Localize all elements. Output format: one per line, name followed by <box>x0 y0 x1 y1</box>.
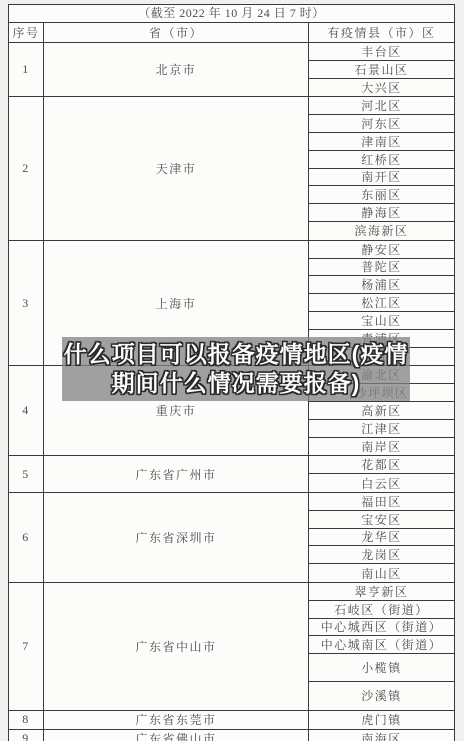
row-index: 9 <box>9 730 44 741</box>
province-name: 重庆市 <box>44 366 309 455</box>
province-name: 天津市 <box>44 97 309 239</box>
district-cell: 河东区 <box>309 115 454 133</box>
row-index: 1 <box>9 43 44 96</box>
page: （截至 2022 年 10 月 24 日 7 时） 序号 省（市） 有疫情县（市… <box>0 0 464 741</box>
district-list: 河北区河东区津南区红桥区南开区东丽区静海区滨海新区 <box>309 97 454 239</box>
province-name: 广东省中山市 <box>44 583 309 710</box>
district-cell: 石景山区 <box>309 61 454 79</box>
province-name: 广东省广州市 <box>44 456 309 492</box>
district-cell: 静安区 <box>309 241 454 259</box>
province-group-row: 3上海市静安区普陀区杨浦区松江区宝山区青浦区闵行区 <box>9 241 454 367</box>
district-cell: 虎门镇 <box>309 711 454 729</box>
province-name: 广东省东莞市 <box>44 711 309 729</box>
row-index: 2 <box>9 97 44 239</box>
district-cell: 石岐区（街道） <box>309 601 454 619</box>
province-group-row: 9广东省佛山市南海区 <box>9 730 454 741</box>
district-cell: 大兴区 <box>309 79 454 97</box>
district-cell: 滨海新区 <box>309 222 454 240</box>
district-cell: 河北区 <box>309 97 454 115</box>
district-cell: 普陀区 <box>309 259 454 277</box>
row-index: 4 <box>9 366 44 455</box>
district-cell: 白云区 <box>309 474 454 492</box>
province-name: 广东省佛山市 <box>44 730 309 741</box>
district-cell: 沙坪坝区 <box>309 384 454 402</box>
district-cell: 红桥区 <box>309 151 454 169</box>
row-index: 8 <box>9 711 44 729</box>
district-cell: 高新区 <box>309 402 454 420</box>
province-name: 北京市 <box>44 43 309 96</box>
province-group-row: 8广东省东莞市虎门镇 <box>9 711 454 730</box>
district-cell: 南开区 <box>309 169 454 187</box>
col-header-districts: 有疫情县（市）区 <box>309 23 454 42</box>
district-cell: 龙岗区 <box>309 546 454 564</box>
district-list: 花都区白云区 <box>309 456 454 492</box>
table-body: 1北京市丰台区石景山区大兴区2天津市河北区河东区津南区红桥区南开区东丽区静海区滨… <box>9 43 454 741</box>
province-group-row: 7广东省中山市翠亨新区石岐区（街道）中心城西区（街道）中心城南区（街道）小榄镇沙… <box>9 583 454 711</box>
district-cell: 闵行区 <box>309 348 454 366</box>
province-group-row: 5广东省广州市花都区白云区 <box>9 456 454 493</box>
province-group-row: 6广东省深圳市福田区宝安区龙华区龙岗区南山区 <box>9 493 454 583</box>
table-header-row: 序号 省（市） 有疫情县（市）区 <box>9 23 454 43</box>
table-title: （截至 2022 年 10 月 24 日 7 时） <box>9 5 454 23</box>
district-cell: 南岸区 <box>309 438 454 456</box>
district-list: 静安区普陀区杨浦区松江区宝山区青浦区闵行区 <box>309 241 454 366</box>
district-cell: 宝山区 <box>309 312 454 330</box>
col-header-province: 省（市） <box>44 23 309 42</box>
row-index: 3 <box>9 241 44 366</box>
row-index: 7 <box>9 583 44 710</box>
district-list: 南海区 <box>309 730 454 741</box>
district-cell: 东丽区 <box>309 186 454 204</box>
district-list: 翠亨新区石岐区（街道）中心城西区（街道）中心城南区（街道）小榄镇沙溪镇 <box>309 583 454 710</box>
province-group-row: 1北京市丰台区石景山区大兴区 <box>9 43 454 97</box>
district-cell: 花都区 <box>309 456 454 474</box>
district-cell: 沙溪镇 <box>309 682 454 710</box>
district-cell: 杨浦区 <box>309 276 454 294</box>
district-cell: 丰台区 <box>309 43 454 61</box>
district-cell: 南海区 <box>309 730 454 741</box>
district-list: 虎门镇 <box>309 711 454 729</box>
district-cell: 翠亨新区 <box>309 583 454 601</box>
province-name: 广东省深圳市 <box>44 493 309 582</box>
epidemic-area-table: （截至 2022 年 10 月 24 日 7 时） 序号 省（市） 有疫情县（市… <box>8 4 455 741</box>
district-cell: 静海区 <box>309 204 454 222</box>
district-cell: 津南区 <box>309 133 454 151</box>
row-index: 5 <box>9 456 44 492</box>
district-list: 渝北区沙坪坝区高新区江津区南岸区 <box>309 366 454 455</box>
district-cell: 福田区 <box>309 493 454 511</box>
col-header-index: 序号 <box>9 23 44 42</box>
district-list: 福田区宝安区龙华区龙岗区南山区 <box>309 493 454 582</box>
district-cell: 江津区 <box>309 420 454 438</box>
district-list: 丰台区石景山区大兴区 <box>309 43 454 96</box>
district-cell: 宝安区 <box>309 511 454 529</box>
row-index: 6 <box>9 493 44 582</box>
district-cell: 中心城西区（街道） <box>309 619 454 637</box>
province-group-row: 4重庆市渝北区沙坪坝区高新区江津区南岸区 <box>9 366 454 456</box>
district-cell: 南山区 <box>309 564 454 582</box>
province-name: 上海市 <box>44 241 309 366</box>
district-cell: 青浦区 <box>309 330 454 348</box>
district-cell: 龙华区 <box>309 529 454 547</box>
province-group-row: 2天津市河北区河东区津南区红桥区南开区东丽区静海区滨海新区 <box>9 97 454 240</box>
district-cell: 松江区 <box>309 294 454 312</box>
district-cell: 小榄镇 <box>309 654 454 682</box>
district-cell: 中心城南区（街道） <box>309 636 454 654</box>
district-cell: 渝北区 <box>309 366 454 384</box>
